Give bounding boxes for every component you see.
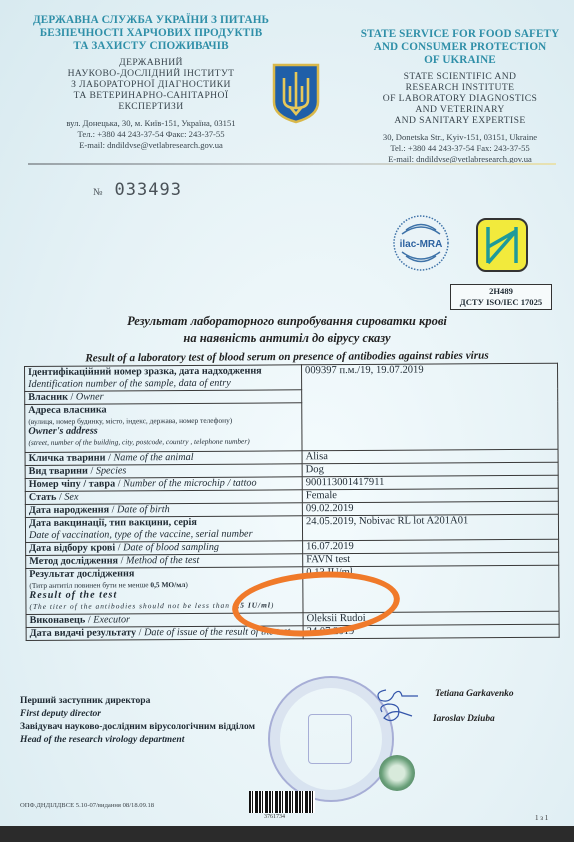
- accreditation-box: 2H489 ДСТУ ISO/IEC 17025: [450, 284, 552, 310]
- title-ua-line1: Результат лабораторного випробування сир…: [0, 314, 574, 329]
- document-number: №033493: [93, 180, 182, 200]
- national-accreditation-logo-icon: [475, 217, 529, 273]
- address-en: 30, Donetska Str., Kyiv-151, 03151, Ukra…: [355, 132, 565, 165]
- institute-name-en: STATE SCIENTIFIC AND RESEARCH INSTITUTE …: [355, 71, 565, 126]
- page-number: 1 з 1: [535, 814, 548, 822]
- signature-scribble-icon: [372, 682, 422, 728]
- table-row: Дата вакцинації, тип вакцини, серіяDate …: [25, 514, 558, 542]
- svg-text:ilac-MRA: ilac-MRA: [400, 239, 443, 250]
- institute-name-ua: ДЕРЖАВНИЙ НАУКОВО-ДОСЛІДНИЙ ІНСТИТУТ З Л…: [20, 57, 282, 112]
- agency-name-ua: ДЕРЖАВНА СЛУЖБА УКРАЇНИ З ПИТАНЬ БЕЗПЕЧН…: [20, 14, 282, 53]
- stamp-trident-icon: [308, 714, 352, 764]
- sample-id-value: 009397 п.м./19, 19.07.2019: [301, 363, 558, 451]
- coat-of-arms-icon: [271, 62, 321, 124]
- ilac-mra-logo-icon: ilac-MRA: [392, 214, 450, 272]
- title-ua-line2: на наявність антитіл до вірусу сказу: [0, 331, 574, 346]
- signatory-name-2: Iaroslav Dziuba: [433, 714, 495, 724]
- address-ua: вул. Донецька, 30, м. Київ-151, Україна,…: [20, 118, 282, 151]
- agency-name-en: STATE SERVICE FOR FOOD SAFETY AND CONSUM…: [355, 28, 565, 67]
- signatory-name-1: Tetiana Garkavenko: [435, 689, 514, 699]
- barcode-icon: [249, 791, 315, 813]
- barcode-number: 3761734: [264, 814, 285, 820]
- vaccination-value: 24.05.2019, Nobivac RL lot A201A01: [302, 514, 558, 541]
- header-english: STATE SERVICE FOR FOOD SAFETY AND CONSUM…: [355, 28, 565, 165]
- header-divider: [28, 163, 556, 165]
- certificate-page: ДЕРЖАВНА СЛУЖБА УКРАЇНИ З ПИТАНЬ БЕЗПЕЧН…: [0, 0, 574, 826]
- form-code: ОПФ.ДНДІЛДВСЕ 5.10-07/видання 08/18.09.1…: [20, 802, 154, 809]
- hologram-seal-icon: [379, 755, 415, 791]
- header-ukrainian: ДЕРЖАВНА СЛУЖБА УКРАЇНИ З ПИТАНЬ БЕЗПЕЧН…: [20, 14, 282, 151]
- signatory-roles: Перший заступник директора First deputy …: [20, 694, 255, 746]
- table-row: Ідентифікаційний номер зразка, дата надх…: [25, 363, 558, 391]
